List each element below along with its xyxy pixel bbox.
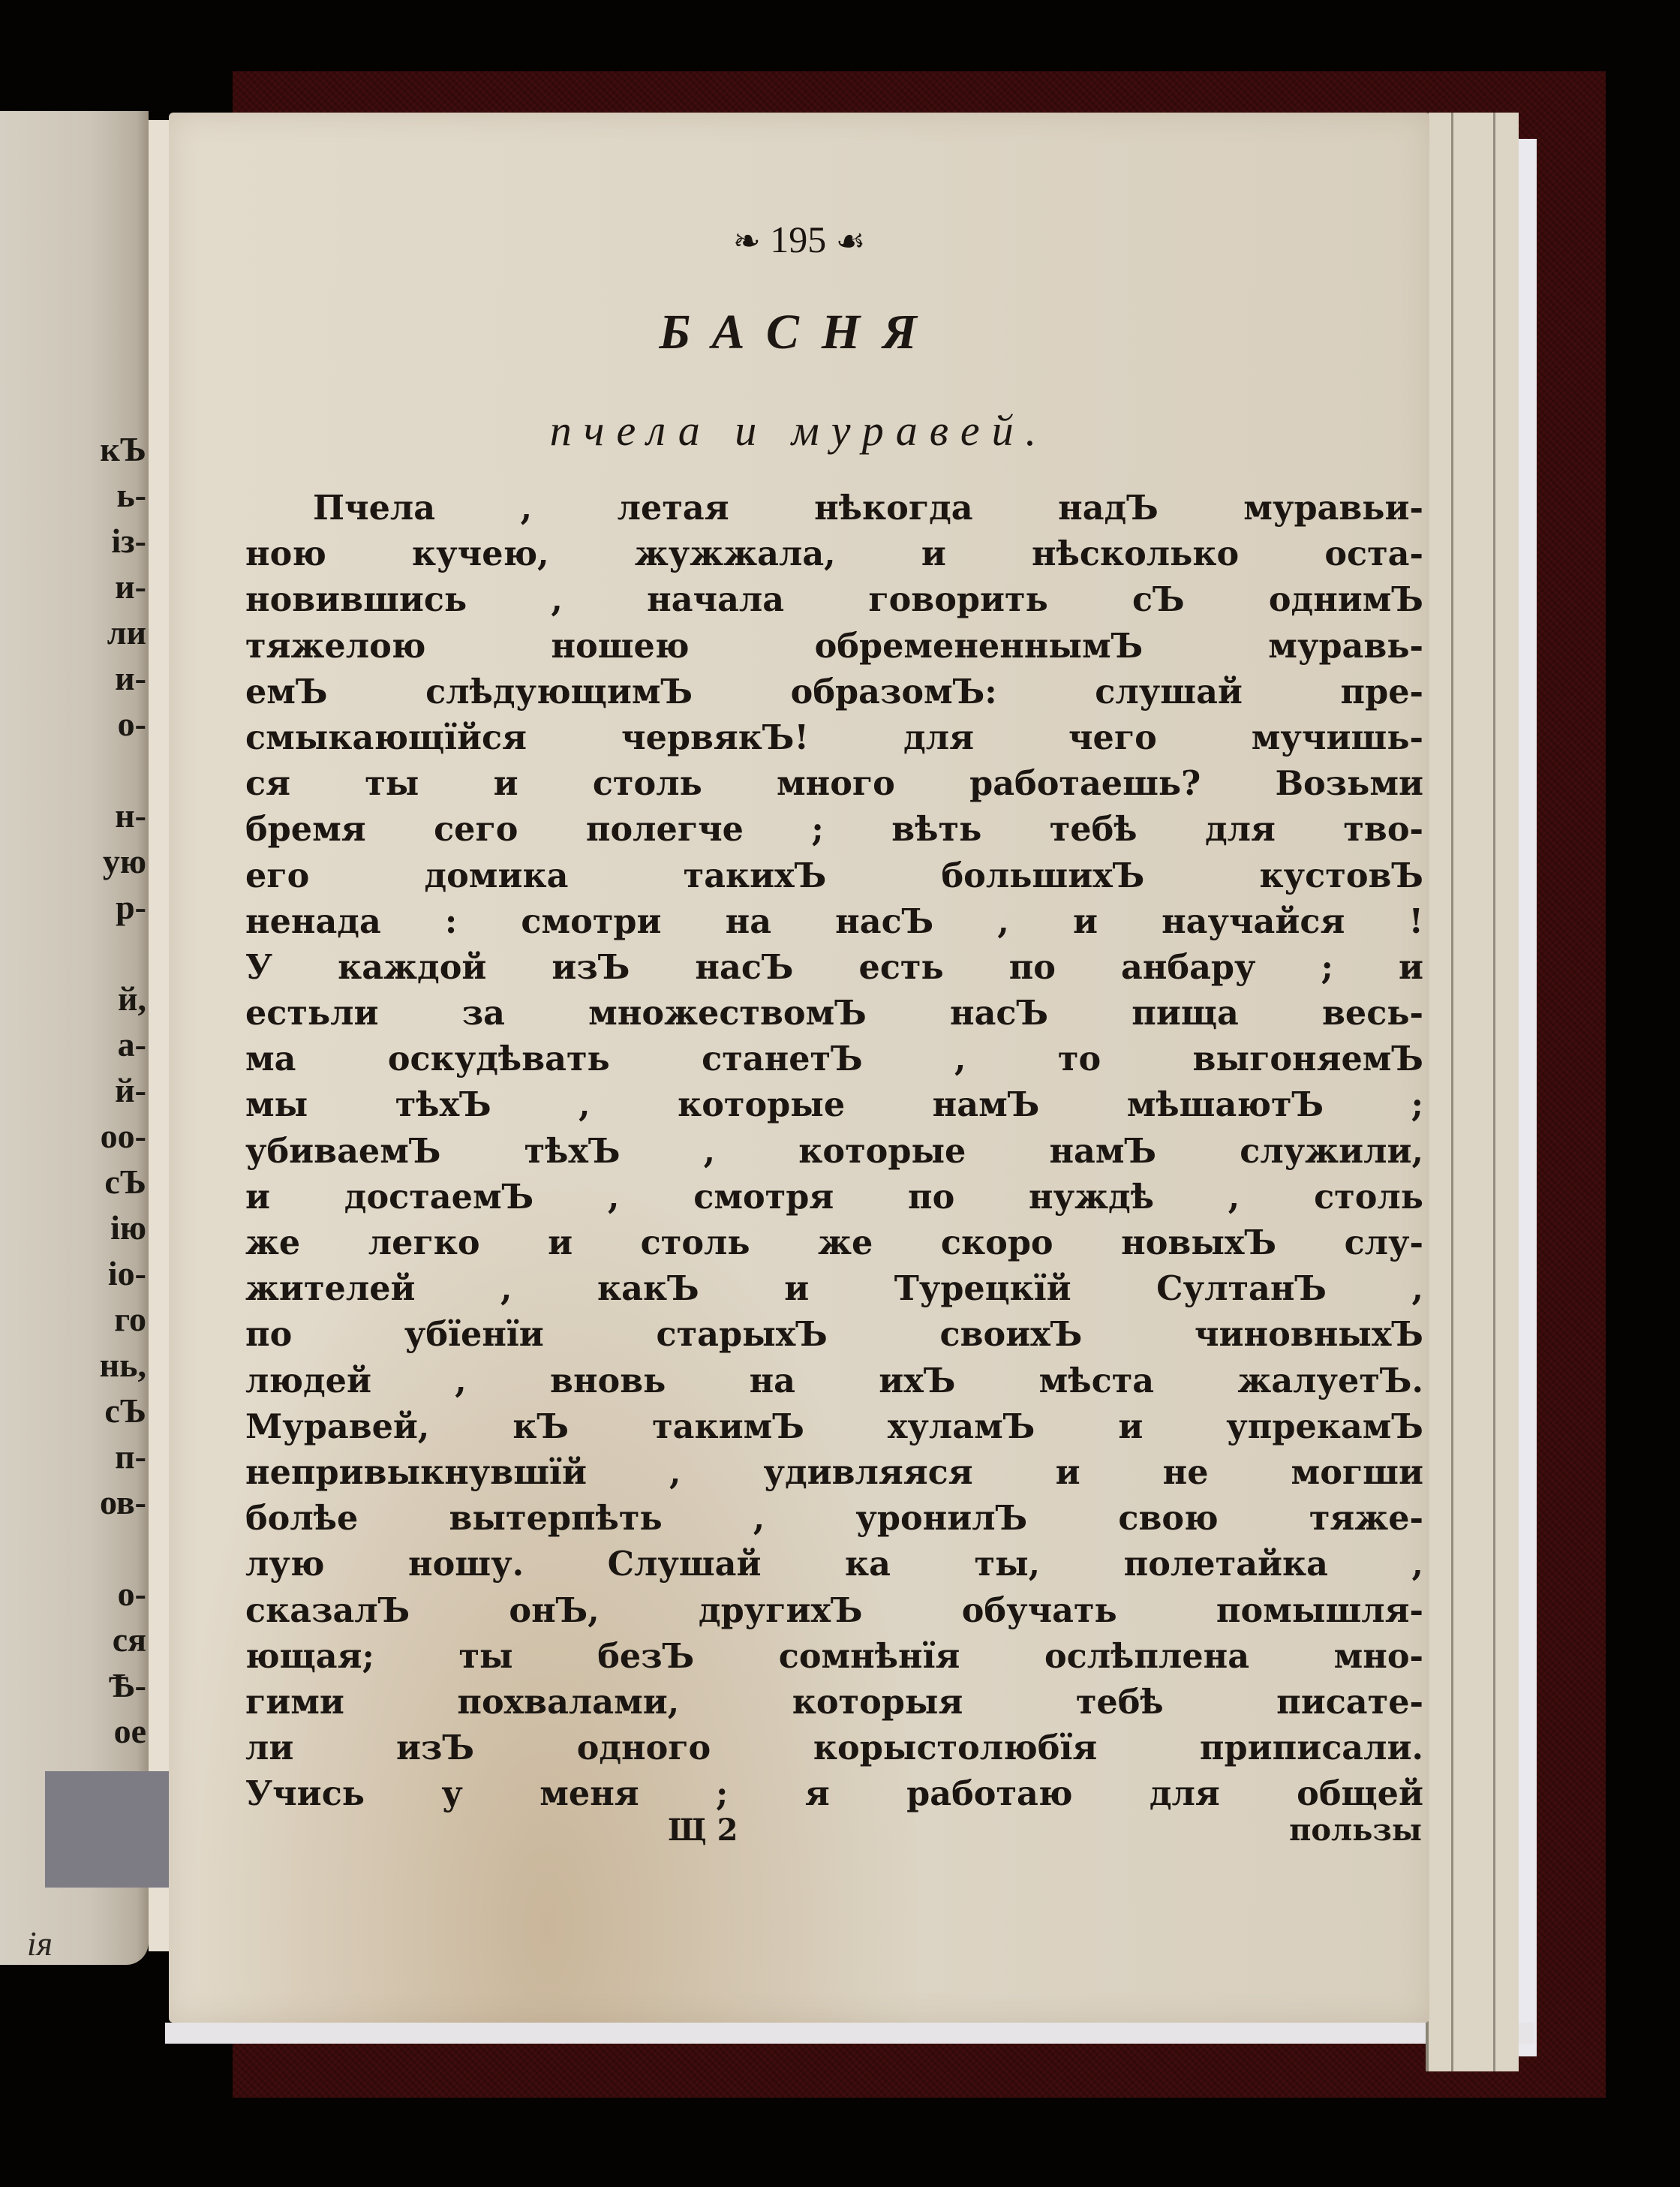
left-text-fragment: о- <box>0 1571 146 1617</box>
text-line: ющая; ты безЪ сомнѣнїя ослѣплена мно- <box>245 1634 1423 1680</box>
text-line: лую ношу. Слушай ка ты, полетайка , <box>245 1542 1423 1587</box>
text-line: смыкающїйся червякЪ! для чего мучишь- <box>245 715 1423 761</box>
page-edges <box>1426 113 1519 2071</box>
text-line: Муравей, кЪ такимЪ хуламЪ и упрекамЪ <box>245 1404 1423 1450</box>
left-page: кЪь-із-и-лии-о-н-уюр-й,а-й-оо-сЪіюіо-гон… <box>0 111 149 1965</box>
left-text-fragment: сЪ <box>0 1159 146 1205</box>
text-line: непривыкнувшїй , удивляяся и не могши <box>245 1450 1423 1496</box>
text-line: Учись у меня ; я работаю для общей <box>245 1771 1423 1817</box>
text-line: болѣе вытерпѣть , уронилЪ свою тяже- <box>245 1496 1423 1542</box>
text-line: ною кучею, жужжала, и нѣсколько оста- <box>245 531 1423 577</box>
fable-subtitle: пчела и муравей. <box>169 405 1429 456</box>
left-text-fragment: ую <box>0 838 146 884</box>
left-text-fragment: ое <box>0 1708 146 1754</box>
left-text-fragment: р- <box>0 884 146 930</box>
backing-card <box>45 1771 173 1888</box>
text-line: У каждой изЪ насЪ есть по анбару ; и <box>245 945 1423 991</box>
catchword: пользы <box>1289 1812 1422 1848</box>
left-page-footer: ія <box>0 1924 53 1963</box>
left-text-fragment: о- <box>0 701 146 747</box>
left-text-fragment: ся <box>0 1617 146 1662</box>
ornament-right-icon: ☙ <box>836 223 865 260</box>
page-number: 195 <box>770 218 826 260</box>
left-page-text: кЪь-із-и-лии-о-н-уюр-й,а-й-оо-сЪіюіо-гон… <box>0 426 146 1754</box>
left-text-fragment: и- <box>0 564 146 609</box>
text-line: его домика такихЪ большихЪ кустовЪ <box>245 853 1423 899</box>
left-text-fragment: п- <box>0 1433 146 1479</box>
left-text-fragment: й, <box>0 976 146 1021</box>
left-text-fragment: а- <box>0 1021 146 1067</box>
ornament-left-icon: ❧ <box>733 223 761 260</box>
text-line: и достаемЪ , смотря по нуждѣ , столь <box>245 1175 1423 1220</box>
left-text-fragment: сЪ <box>0 1388 146 1433</box>
right-page: ❧ 195 ☙ БАСНЯ пчела и муравей. Пчела , л… <box>169 113 1429 2023</box>
left-text-fragment: го <box>0 1296 146 1342</box>
text-line: ненада : смотри на насЪ , и научайся ! <box>245 899 1423 945</box>
white-endpaper-bottom <box>165 2023 1534 2044</box>
text-line: ма оскудѣвать станетЪ , то выгоняемЪ <box>245 1036 1423 1082</box>
text-line: ся ты и столь много работаешь? Возьми <box>245 761 1423 807</box>
page-footer: Щ 2 пользы <box>169 1812 1429 1858</box>
left-text-fragment: оо- <box>0 1113 146 1159</box>
left-text-fragment: із- <box>0 518 146 564</box>
left-text-fragment: ли <box>0 609 146 655</box>
fable-text: Пчела , летая нѣкогда надЪ муравьи-ною к… <box>245 486 1423 1817</box>
left-text-fragment <box>0 1525 146 1571</box>
signature-mark: Щ 2 <box>668 1812 738 1848</box>
left-text-fragment: ов- <box>0 1479 146 1525</box>
left-text-fragment: н- <box>0 793 146 838</box>
running-header: ❧ 195 ☙ <box>169 218 1429 261</box>
left-text-fragment: ь- <box>0 472 146 518</box>
text-line: убиваемЪ тѣхЪ , которые намЪ служили, <box>245 1129 1423 1175</box>
text-line: новившись , начала говорить сЪ однимЪ <box>245 577 1423 623</box>
left-text-fragment: кЪ <box>0 426 146 472</box>
text-line: бремя сего полегче ; вѣть тебѣ для тво- <box>245 807 1423 853</box>
text-line: Пчела , летая нѣкогда надЪ муравьи- <box>245 486 1423 531</box>
text-line: сказалЪ онЪ, другихЪ обучать помышля- <box>245 1588 1423 1634</box>
text-line: естьли за множествомЪ насЪ пища весь- <box>245 991 1423 1036</box>
page-title: БАСНЯ <box>169 304 1429 361</box>
text-line: жителей , какЪ и Турецкїй СултанЪ , <box>245 1266 1423 1312</box>
text-line: мы тѣхЪ , которые намЪ мѣшаютЪ ; <box>245 1082 1423 1128</box>
left-text-fragment: іо- <box>0 1250 146 1296</box>
left-text-fragment: нь, <box>0 1342 146 1388</box>
left-text-fragment <box>0 930 146 976</box>
left-text-fragment: й- <box>0 1067 146 1113</box>
text-line: гими похвалами, которыя тебѣ писате- <box>245 1680 1423 1725</box>
text-line: же легко и столь же скоро новыхЪ слу- <box>245 1220 1423 1266</box>
text-line: емЪ слѣдующимЪ образомЪ: слушай пре- <box>245 669 1423 715</box>
left-text-fragment: ію <box>0 1205 146 1250</box>
left-text-fragment: и- <box>0 655 146 701</box>
gutter-leaf <box>149 120 171 1951</box>
text-line: тяжелою ношею обремененнымЪ муравь- <box>245 624 1423 669</box>
text-line: по убїенїи старыхЪ своихЪ чиновныхЪ <box>245 1312 1423 1358</box>
left-text-fragment <box>0 747 146 793</box>
text-line: ли изЪ одного корыстолюбїя приписали. <box>245 1725 1423 1771</box>
text-line: людей , вновь на ихЪ мѣста жалуетЪ. <box>245 1358 1423 1404</box>
left-text-fragment: Ѣ- <box>0 1662 146 1708</box>
